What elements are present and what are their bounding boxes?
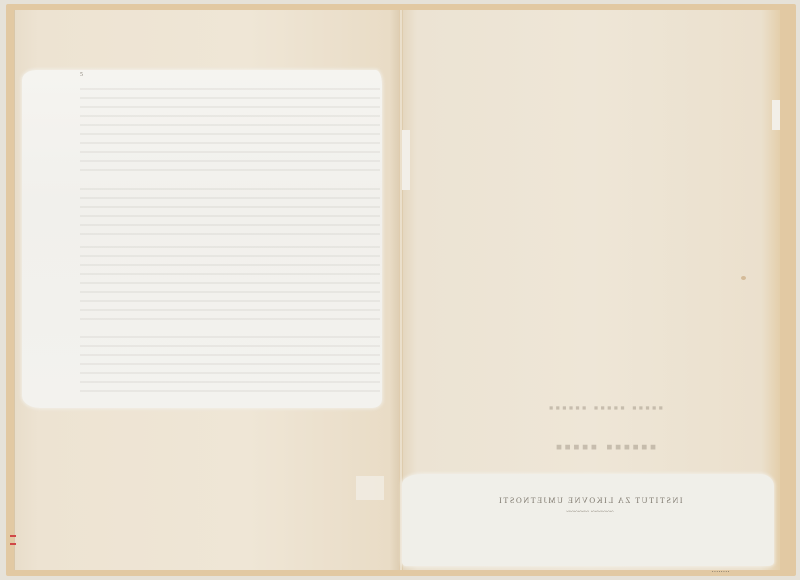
ghost-text-block <box>80 88 380 174</box>
paper-stain <box>741 276 746 280</box>
mirrored-show-through-title: ▪▪▪▪▪▪ ▪▪▪▪▪ <box>470 437 740 459</box>
white-paint-right <box>402 474 774 566</box>
paint-edge-streak <box>402 130 410 190</box>
paint-patch <box>356 476 384 500</box>
pencil-note: ........ <box>712 566 730 574</box>
page-number: 5 <box>80 72 83 78</box>
red-mark <box>10 535 16 537</box>
mirrored-show-through-line: ▪▪▪▪▪ ▪▪▪▪▪ ▪▪▪▪▪▪ <box>470 400 740 416</box>
paint-edge-streak <box>772 100 780 130</box>
publisher-text: INSTITUT ZA LIKOVNE UMJETNOSTI <box>440 496 740 505</box>
ghost-text-block <box>80 336 380 392</box>
ghost-text-block <box>80 188 380 238</box>
publisher-subtitle: ~~~~~~ ~~~~~~ <box>440 508 740 516</box>
ghost-text-block <box>80 246 380 326</box>
red-mark <box>10 543 16 545</box>
